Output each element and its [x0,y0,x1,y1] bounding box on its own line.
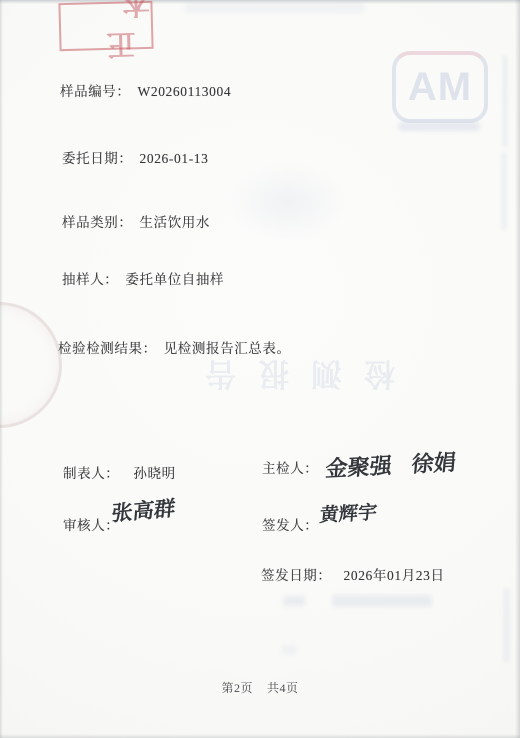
scan-edge-bottom [0,734,520,738]
bleedthrough-mark [504,588,509,662]
field-row-sample-no: 样品编号：W20260113004 [60,80,231,100]
signature-chief-inspector: 金聚强 徐娟 [324,446,457,484]
bleedthrough-mark [185,2,365,13]
signature-issuer: 黄辉宇 [319,498,379,528]
am-logo: AM [392,51,488,123]
bleedthrough-mark [503,55,507,147]
field-row-commission-date: 委托日期：2026-01-13 [62,147,209,167]
signer-name: 孙晓明 [133,466,175,481]
signer-label: 签发人： [262,518,318,533]
signer-row-issuer: 签发人： [262,514,318,534]
bleedthrough-mark [228,163,348,241]
field-label: 样品类别： [62,215,133,230]
field-label: 抽样人： [62,272,118,287]
field-value: W20260113004 [138,84,232,99]
field-label: 委托日期： [62,151,133,166]
scanned-report-page: 正本 AM 样品编号：W20260113004 委托日期：2026-01-13 … [0,0,520,738]
bleedthrough-mark [281,645,297,655]
bleedthrough-mark [283,596,305,606]
signer-label: 签发日期： [261,568,332,583]
signer-row-tabulator: 制表人：孙晓明 [63,462,176,482]
issue-date-value: 2026年01月23日 [344,568,445,583]
field-row-sampler: 抽样人：委托单位自抽样 [62,268,224,288]
field-label: 检验检测结果： [58,341,157,356]
bleedthrough-mark [502,152,506,230]
scan-edge-right [515,0,520,738]
signature-reviewer: 张高群 [110,492,176,527]
signer-row-chief-inspector: 主检人： [262,457,318,477]
bleedthrough-mark [332,595,432,607]
field-value: 委托单位自抽样 [125,272,224,287]
signer-row-issue-date: 签发日期：2026年01月23日 [261,564,445,584]
footer-page-number: 第2页 [221,681,253,695]
signer-label: 制表人： [63,466,119,481]
footer-page-total: 共4页 [267,681,299,695]
signer-label: 主检人： [262,461,318,476]
field-row-sample-category: 样品类别：生活饮用水 [62,211,210,231]
am-logo-subtext-blur [398,122,480,131]
round-stamp-ghost [0,302,62,428]
field-label: 样品编号： [60,84,131,99]
original-stamp-text: 正本 [60,0,152,68]
field-value: 生活饮用水 [140,215,211,230]
am-logo-text: AM [408,65,472,110]
mirrored-watermark: 检测报告 [183,354,395,399]
page-footer: 第2页共4页 [0,679,520,696]
field-value: 2026-01-13 [140,151,209,166]
original-stamp: 正本 [58,1,153,51]
